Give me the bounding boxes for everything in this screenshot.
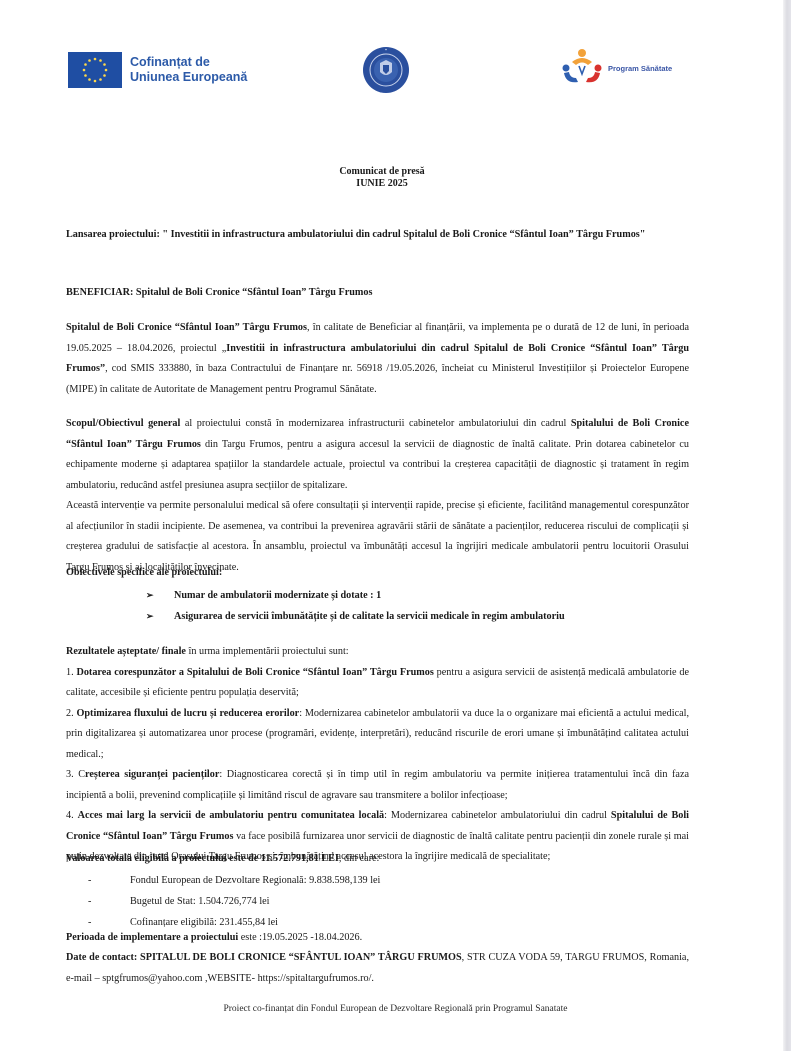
funding-breakdown-list: -Fondul European de Dezvoltare Regională… <box>88 870 380 933</box>
result-number: 1. <box>66 667 76 678</box>
result-text: : Modernizarea cabinetelor ambulatoriulu… <box>384 810 611 821</box>
press-release-heading: Comunicat de presă IUNIE 2025 <box>66 166 698 190</box>
arrow-bullet-icon: ➢ <box>146 606 174 627</box>
list-item: -Bugetul de Stat: 1.504.726,774 lei <box>88 891 380 912</box>
period-label: Perioada de implementare a proiectului <box>66 932 238 943</box>
result-number: 2. <box>66 708 76 719</box>
results-label: Rezultatele așteptate/ finale <box>66 646 186 657</box>
dash-bullet: - <box>88 870 130 891</box>
result-number: 3. C <box>66 769 85 780</box>
list-item: -Fondul European de Dezvoltare Regională… <box>88 870 380 891</box>
footer-note: Proiect co-finanțat din Fondul European … <box>0 1004 791 1014</box>
eu-logo-line2: Uniunea Europeană <box>130 70 247 85</box>
specific-objectives-title: Obiectivele specifice ale proiectului: <box>66 565 689 581</box>
total-value-line: Valoarea totală eligibilă a proiectului … <box>66 849 689 870</box>
project-launch-title: Lansarea proiectului: " Investitii in in… <box>66 225 689 246</box>
funding-item: Bugetul de Stat: 1.504.726,774 lei <box>130 891 270 912</box>
contact-label: Date de contact: SPITALUL DE BOLI CRONIC… <box>66 952 462 963</box>
romanian-government-seal-icon <box>361 45 411 95</box>
page-edge <box>783 0 791 1051</box>
implementation-period: Perioada de implementare a proiectului e… <box>66 928 689 949</box>
result-title: reșterea siguranței pacienților <box>85 769 219 780</box>
eu-logo-text: Cofinanțat de Uniunea Europeană <box>130 55 247 85</box>
total-value: Valoarea totală eligibilă a proiectului … <box>66 853 339 864</box>
result-title: Optimizarea fluxului de lucru și reducer… <box>76 708 299 719</box>
program-sanatate-people-icon <box>560 48 604 88</box>
general-objective-paragraph: Scopul/Obiectivul general al proiectului… <box>66 414 689 578</box>
expected-results-section: Rezultatele așteptate/ finale în urma im… <box>66 642 689 868</box>
funding-item: Fondul European de Dezvoltare Regională:… <box>130 870 380 891</box>
arrow-bullet-icon: ➢ <box>146 585 174 606</box>
press-release-date: IUNIE 2025 <box>66 178 698 190</box>
list-item: ➢Asigurarea de servicii îmbunătățite și … <box>146 606 565 627</box>
eu-flag-icon <box>68 52 122 88</box>
contact-details: Date de contact: SPITALUL DE BOLI CRONIC… <box>66 948 689 989</box>
result-title: Dotarea corespunzător a Spitalului de Bo… <box>76 667 433 678</box>
total-value-suffix: , din care: <box>339 853 379 864</box>
intro-paragraph: Spitalul de Boli Cronice “Sfântul Ioan” … <box>66 318 689 400</box>
result-title: Acces mai larg la servicii de ambulatori… <box>78 810 385 821</box>
intro-beneficiary-name: Spitalul de Boli Cronice “Sfântul Ioan” … <box>66 322 307 333</box>
objective-item-text: Numar de ambulatorii modernizate și dota… <box>174 585 381 606</box>
program-logo-text: Program Sănătate <box>608 64 672 73</box>
program-sanatate-logo: Program Sănătate <box>560 48 672 88</box>
results-intro-text: în urma implementării proiectului sunt: <box>186 646 349 657</box>
beneficiary-line: BENEFICIAR: Spitalul de Boli Cronice “Sf… <box>66 283 689 304</box>
objective-item-text: Asigurarea de servicii îmbunătățite și d… <box>174 606 565 627</box>
objective-label: Scopul/Obiectivul general <box>66 418 180 429</box>
eu-cofinancing-logo: Cofinanțat de Uniunea Europeană <box>68 52 247 88</box>
objective-text-3: Această intervenție va permite personalu… <box>66 500 689 573</box>
eu-logo-line1: Cofinanțat de <box>130 55 247 70</box>
press-release-title: Comunicat de presă <box>66 166 698 178</box>
period-value: este :19.05.2025 -18.04.2026. <box>238 932 362 943</box>
result-number: 4. <box>66 810 78 821</box>
list-item: ➢Numar de ambulatorii modernizate și dot… <box>146 585 565 606</box>
intro-text-2: , cod SMIS 333880, în baza Contractului … <box>66 363 689 395</box>
specific-objectives-list: ➢Numar de ambulatorii modernizate și dot… <box>146 585 565 627</box>
objective-text-1: al proiectului constă în modernizarea in… <box>180 418 570 429</box>
dash-bullet: - <box>88 891 130 912</box>
